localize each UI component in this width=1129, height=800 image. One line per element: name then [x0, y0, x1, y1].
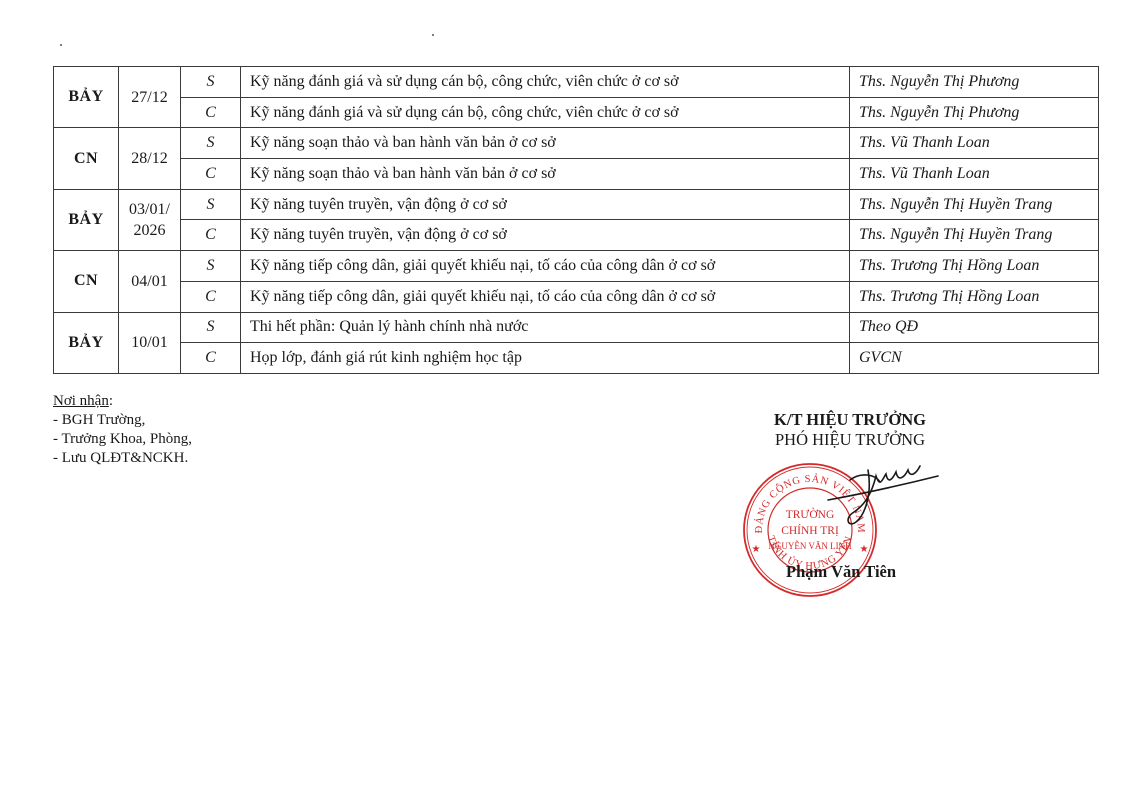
lecturer-cell: GVCN — [850, 343, 1099, 374]
session-cell: C — [181, 97, 241, 128]
svg-text:★: ★ — [752, 544, 761, 555]
signer-name: Phạm Văn Tiên — [786, 562, 896, 582]
recipients-heading: Nơi nhận — [53, 393, 109, 409]
recipient-item: - BGH Trường, — [53, 411, 192, 430]
session-cell: C — [181, 220, 241, 251]
table-row: CN 04/01 S Kỹ năng tiếp công dân, giải q… — [54, 251, 1099, 282]
table-row: CN 28/12 S Kỹ năng soạn thảo và ban hành… — [54, 128, 1099, 159]
recipient-item: - Lưu QLĐT&NCKH. — [53, 449, 192, 468]
table-row: C Kỹ năng soạn thảo và ban hành văn bản … — [54, 159, 1099, 190]
subject-cell: Kỹ năng tiếp công dân, giải quyết khiếu … — [241, 251, 850, 282]
recipients-colon: : — [109, 393, 113, 409]
session-cell: S — [181, 251, 241, 282]
scan-speck — [60, 44, 62, 46]
subject-cell: Kỹ năng tuyên truyền, vận động ở cơ sở — [241, 220, 850, 251]
lecturer-cell: Ths. Trương Thị Hồng Loan — [850, 281, 1099, 312]
subject-cell: Kỹ năng tuyên truyền, vận động ở cơ sở — [241, 189, 850, 220]
schedule-table: BẢY 27/12 S Kỹ năng đánh giá và sử dụng … — [53, 66, 1099, 374]
signature-scribble-icon — [820, 452, 940, 542]
subject-cell: Kỹ năng đánh giá và sử dụng cán bộ, công… — [241, 97, 850, 128]
session-cell: S — [181, 189, 241, 220]
table-row: BẢY 27/12 S Kỹ năng đánh giá và sử dụng … — [54, 67, 1099, 98]
recipients-heading-line: Nơi nhận: — [53, 392, 192, 411]
session-cell: S — [181, 128, 241, 159]
signature-title: K/T HIỆU TRƯỞNG PHÓ HIỆU TRƯỞNG — [740, 410, 960, 450]
table-row: BẢY 10/01 S Thi hết phần: Quản lý hành c… — [54, 312, 1099, 343]
session-cell: C — [181, 159, 241, 190]
svg-text:★: ★ — [860, 544, 869, 555]
date-cell: 10/01 — [119, 312, 181, 373]
date-cell: 28/12 — [119, 128, 181, 189]
date-cell: 04/01 — [119, 251, 181, 312]
date-cell: 03/01/ 2026 — [119, 189, 181, 250]
lecturer-cell: Ths. Vũ Thanh Loan — [850, 159, 1099, 190]
scan-speck — [432, 34, 434, 36]
table-row: C Kỹ năng tuyên truyền, vận động ở cơ sở… — [54, 220, 1099, 251]
lecturer-cell: Theo QĐ — [850, 312, 1099, 343]
session-cell: S — [181, 312, 241, 343]
lecturer-cell: Ths. Nguyễn Thị Phương — [850, 97, 1099, 128]
day-cell: BẢY — [54, 189, 119, 250]
session-cell: C — [181, 343, 241, 374]
lecturer-cell: Ths. Nguyễn Thị Phương — [850, 67, 1099, 98]
day-cell: BẢY — [54, 67, 119, 128]
recipient-item: - Trưởng Khoa, Phòng, — [53, 430, 192, 449]
lecturer-cell: Ths. Trương Thị Hồng Loan — [850, 251, 1099, 282]
subject-cell: Họp lớp, đánh giá rút kinh nghiệm học tậ… — [241, 343, 850, 374]
subject-cell: Kỹ năng soạn thảo và ban hành văn bản ở … — [241, 128, 850, 159]
day-cell: CN — [54, 251, 119, 312]
signature-line-2: PHÓ HIỆU TRƯỞNG — [740, 430, 960, 450]
day-cell: CN — [54, 128, 119, 189]
table-row: BẢY 03/01/ 2026 S Kỹ năng tuyên truyền, … — [54, 189, 1099, 220]
subject-cell: Kỹ năng đánh giá và sử dụng cán bộ, công… — [241, 67, 850, 98]
lecturer-cell: Ths. Nguyễn Thị Huyền Trang — [850, 189, 1099, 220]
day-cell: BẢY — [54, 312, 119, 373]
signature-line-1: K/T HIỆU TRƯỞNG — [740, 410, 960, 430]
table-row: C Kỹ năng đánh giá và sử dụng cán bộ, cô… — [54, 97, 1099, 128]
table-row: C Kỹ năng tiếp công dân, giải quyết khiế… — [54, 281, 1099, 312]
subject-cell: Thi hết phần: Quản lý hành chính nhà nướ… — [241, 312, 850, 343]
lecturer-cell: Ths. Vũ Thanh Loan — [850, 128, 1099, 159]
subject-cell: Kỹ năng tiếp công dân, giải quyết khiếu … — [241, 281, 850, 312]
session-cell: C — [181, 281, 241, 312]
table-row: C Họp lớp, đánh giá rút kinh nghiệm học … — [54, 343, 1099, 374]
date-cell: 27/12 — [119, 67, 181, 128]
recipients-block: Nơi nhận: - BGH Trường, - Trưởng Khoa, P… — [53, 392, 192, 468]
session-cell: S — [181, 67, 241, 98]
lecturer-cell: Ths. Nguyễn Thị Huyền Trang — [850, 220, 1099, 251]
subject-cell: Kỹ năng soạn thảo và ban hành văn bản ở … — [241, 159, 850, 190]
